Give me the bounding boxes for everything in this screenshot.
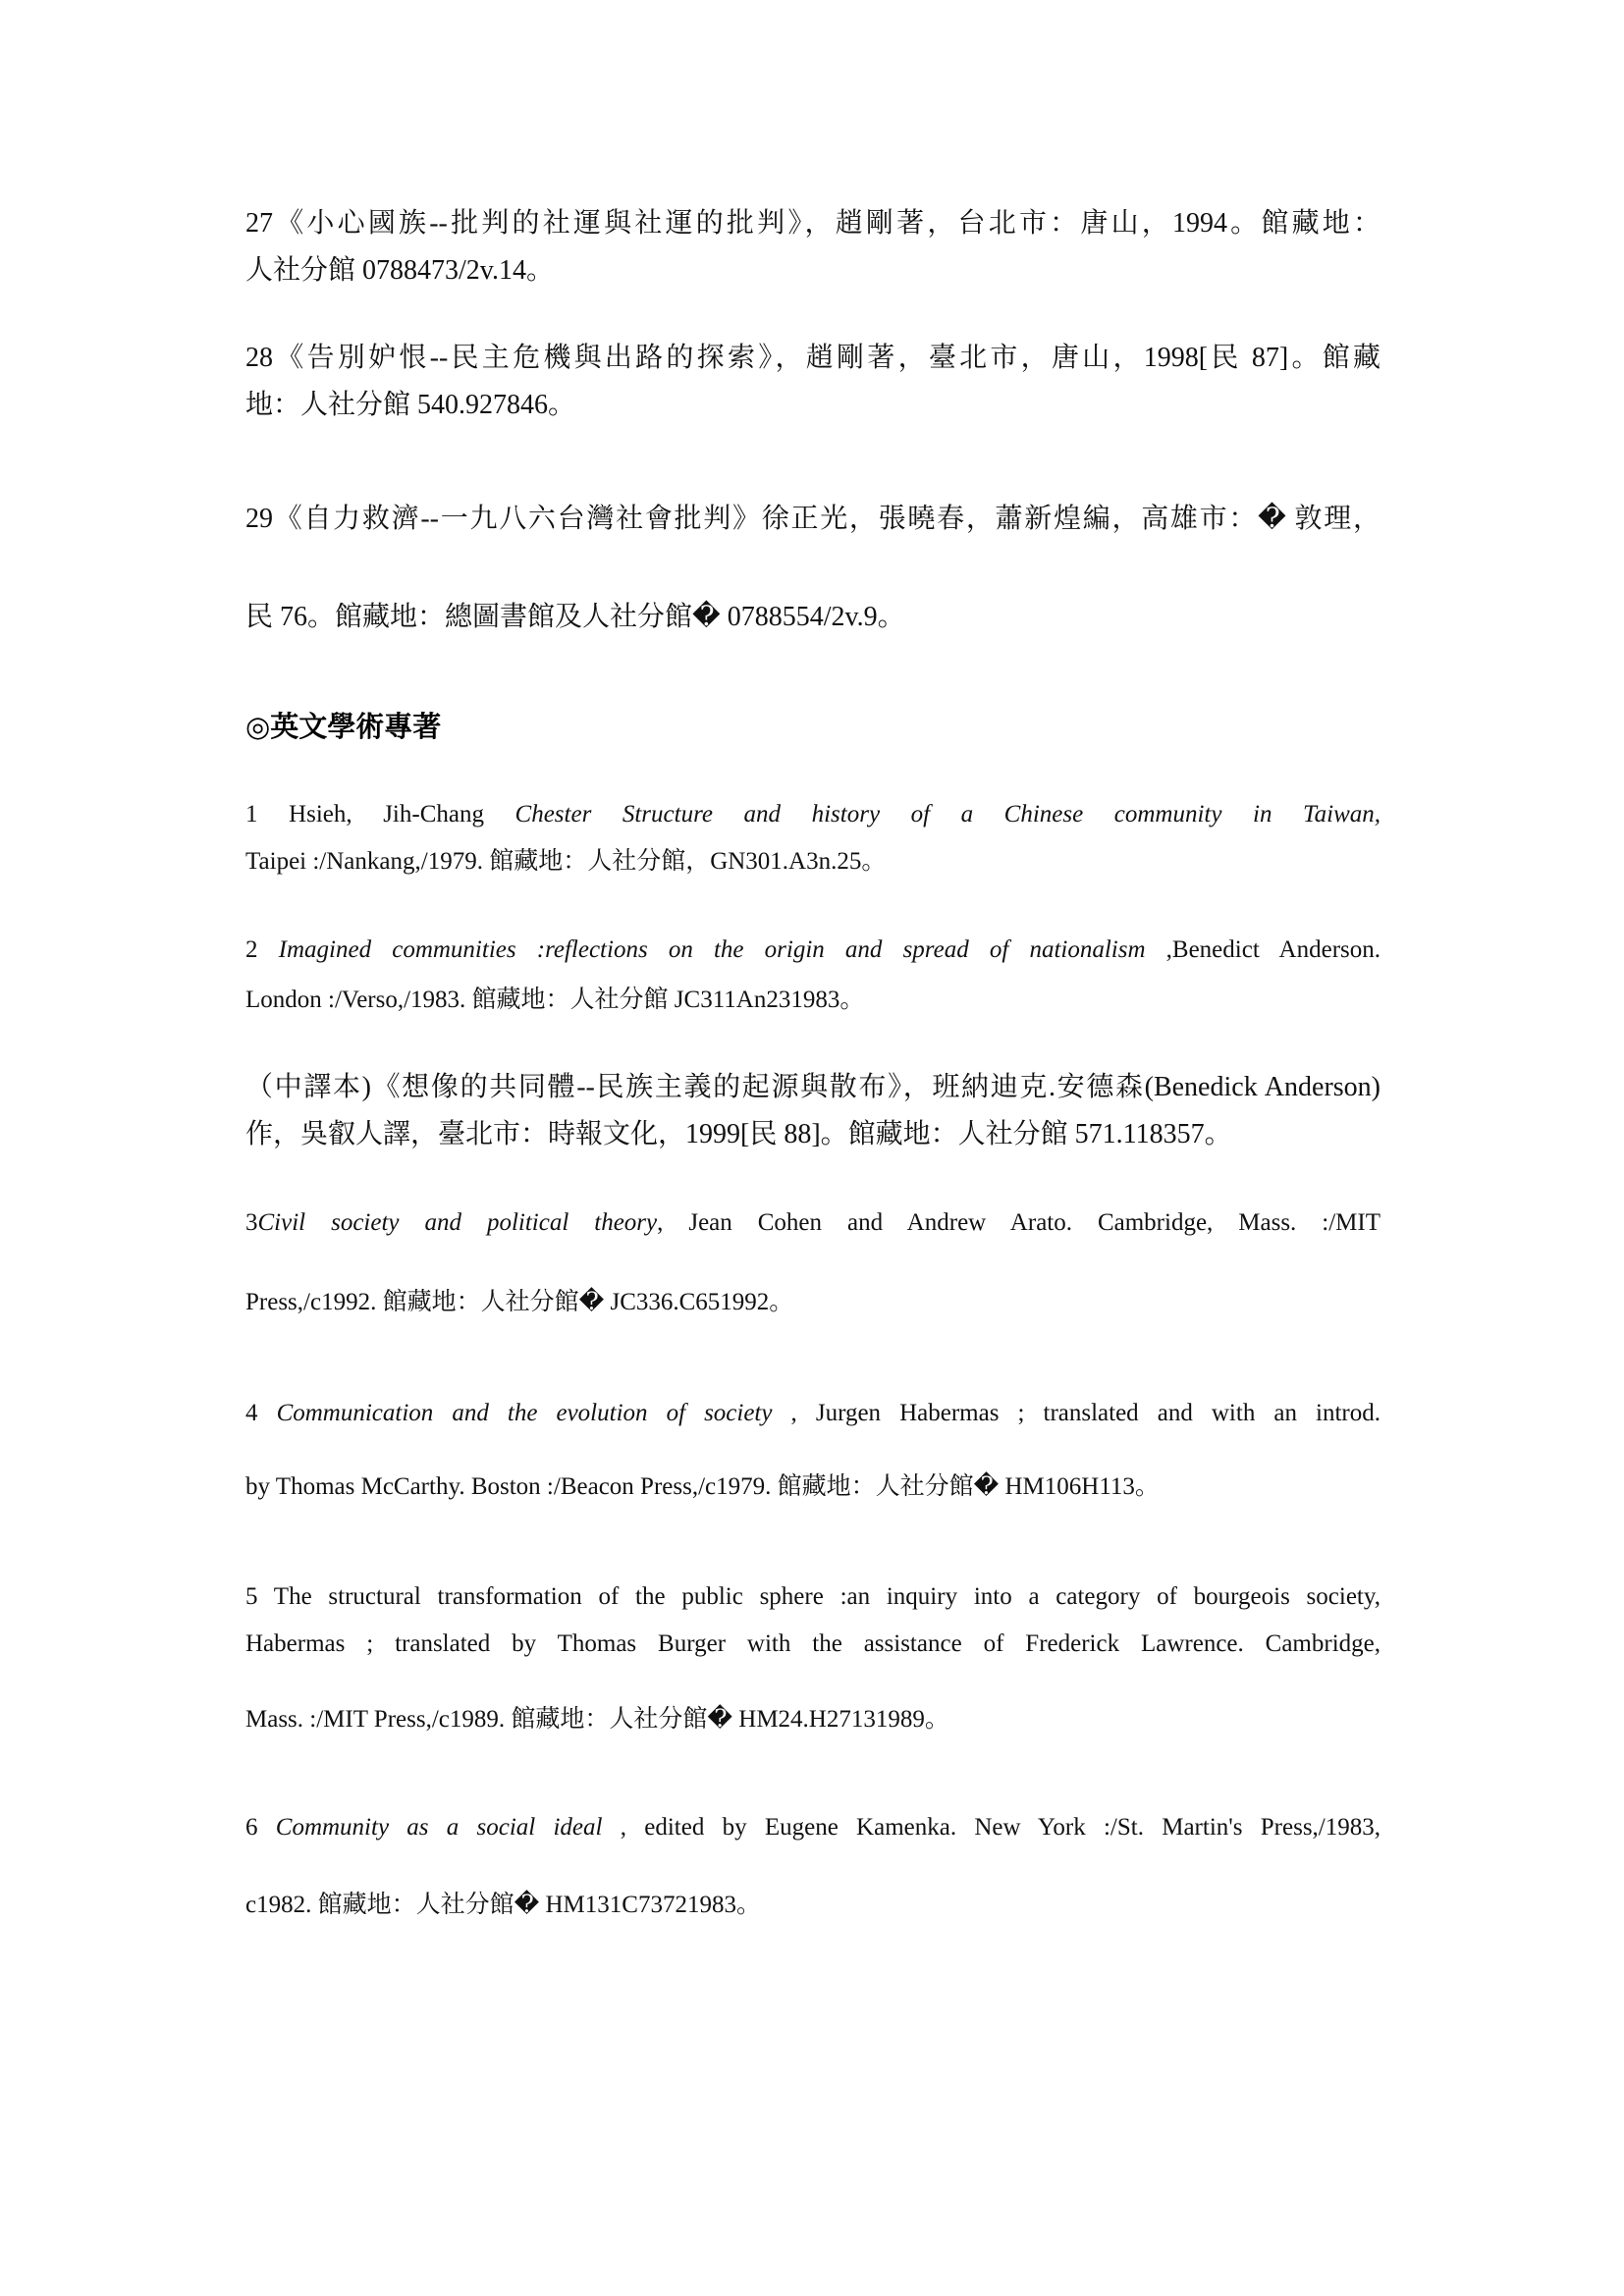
citation-text: ,Benedict Anderson. xyxy=(1146,936,1380,963)
citation-text: Taipei :/Nankang,/1979. 館藏地：人社分館，GN301.A… xyxy=(245,848,886,875)
entry-line: 作，吳叡人譯，臺北市：時報文化，1999[民 88]。館藏地：人社分館 571.… xyxy=(245,1115,1380,1154)
section-heading-english-monographs: ◎英文學術專著 xyxy=(245,707,441,746)
citation-text: 4 xyxy=(245,1400,277,1426)
entry-line: （中譯本)《想像的共同體--民族主義的起源與散布》，班納迪克.安德森(Bened… xyxy=(245,1068,1380,1107)
citation-text: 28《告別妒恨--民主危機與出路的探索》，趙剛著，臺北市，唐山，1998[民 8… xyxy=(245,343,1380,373)
entry-line: 民 76。館藏地：總圖書館及人社分館� 0788554/2v.9。 xyxy=(245,598,1380,637)
entry-line: 1 Hsieh, Jih-Chang Chester Structure and… xyxy=(245,795,1380,834)
citation-text: Press,/c1992. 館藏地：人社分館� JC336.C651992。 xyxy=(245,1289,793,1315)
citation-text: （中譯本)《想像的共同體--民族主義的起源與散布》，班納迪克.安德森(Bened… xyxy=(245,1072,1380,1102)
citation-text: 1 Hsieh, Jih-Chang xyxy=(245,801,515,828)
citation-text: by Thomas McCarthy. Boston :/Beacon Pres… xyxy=(245,1473,1160,1500)
entry-line: by Thomas McCarthy. Boston :/Beacon Pres… xyxy=(245,1468,1380,1507)
entry-line: 29《自力救濟--一九八六台灣社會批判》徐正光，張曉春，蕭新煌編，高雄市：� 敦… xyxy=(245,500,1380,539)
entry-line: 3Civil society and political theory, Jea… xyxy=(245,1203,1380,1243)
citation-text: London :/Verso,/1983. 館藏地：人社分館 JC311An23… xyxy=(245,987,864,1013)
entry-line: Habermas ; translated by Thomas Burger w… xyxy=(245,1625,1380,1664)
citation-text: 2 xyxy=(245,936,279,963)
entry-line: 地：人社分館 540.927846。 xyxy=(245,386,1380,425)
title-text: Communication and the evolution of socie… xyxy=(277,1400,773,1426)
citation-text: 29《自力救濟--一九八六台灣社會批判》徐正光，張曉春，蕭新煌編，高雄市：� 敦… xyxy=(245,504,1380,534)
entry-line: 6 Community as a social ideal , edited b… xyxy=(245,1808,1380,1847)
citation-text: Mass. :/MIT Press,/c1989. 館藏地：人社分館� HM24… xyxy=(245,1706,949,1733)
entry-line: 27《小心國族--批判的社運與社運的批判》，趙剛著，台北市：唐山，1994。館藏… xyxy=(245,204,1380,243)
entry-line: c1982. 館藏地：人社分館� HM131C73721983。 xyxy=(245,1886,1380,1925)
citation-text: 作，吳叡人譯，臺北市：時報文化，1999[民 88]。館藏地：人社分館 571.… xyxy=(245,1119,1232,1149)
citation-text: 5 The structural transformation of the p… xyxy=(245,1583,1380,1610)
citation-text: , Jean Cohen and Andrew Arato. Cambridge… xyxy=(657,1209,1380,1236)
citation-text: , Jurgen Habermas ; translated and with … xyxy=(772,1400,1380,1426)
entry-line: Taipei :/Nankang,/1979. 館藏地：人社分館，GN301.A… xyxy=(245,842,1380,881)
citation-text: 27《小心國族--批判的社運與社運的批判》，趙剛著，台北市：唐山，1994。館藏… xyxy=(245,208,1380,239)
title-text: Community as a social ideal xyxy=(276,1814,603,1841)
citation-text: 地：人社分館 540.927846。 xyxy=(245,390,575,420)
title-text: Chester Structure and history of a Chine… xyxy=(515,801,1380,828)
entry-line: 人社分館 0788473/2v.14。 xyxy=(245,251,1380,291)
citation-text: c1982. 館藏地：人社分館� HM131C73721983。 xyxy=(245,1892,761,1918)
entry-line: 4 Communication and the evolution of soc… xyxy=(245,1394,1380,1433)
citation-text: 人社分館 0788473/2v.14。 xyxy=(245,255,554,286)
citation-text: 6 xyxy=(245,1814,276,1841)
citation-text: 3 xyxy=(245,1209,258,1236)
entry-line: Mass. :/MIT Press,/c1989. 館藏地：人社分館� HM24… xyxy=(245,1700,1380,1739)
title-text: Imagined communities :reflections on the… xyxy=(279,936,1146,963)
entry-line: 2 Imagined communities :reflections on t… xyxy=(245,931,1380,970)
entry-line: London :/Verso,/1983. 館藏地：人社分館 JC311An23… xyxy=(245,981,1380,1020)
citation-text: 民 76。館藏地：總圖書館及人社分館� 0788554/2v.9。 xyxy=(245,602,905,632)
title-text: Civil society and political theory xyxy=(258,1209,658,1236)
entry-line: 5 The structural transformation of the p… xyxy=(245,1577,1380,1617)
citation-text: , edited by Eugene Kamenka. New York :/S… xyxy=(602,1814,1380,1841)
entry-line: Press,/c1992. 館藏地：人社分館� JC336.C651992。 xyxy=(245,1283,1380,1322)
document-page: 27《小心國族--批判的社運與社運的批判》，趙剛著，台北市：唐山，1994。館藏… xyxy=(0,0,1624,2296)
citation-text: Habermas ; translated by Thomas Burger w… xyxy=(245,1630,1380,1657)
entry-line: 28《告別妒恨--民主危機與出路的探索》，趙剛著，臺北市，唐山，1998[民 8… xyxy=(245,339,1380,378)
